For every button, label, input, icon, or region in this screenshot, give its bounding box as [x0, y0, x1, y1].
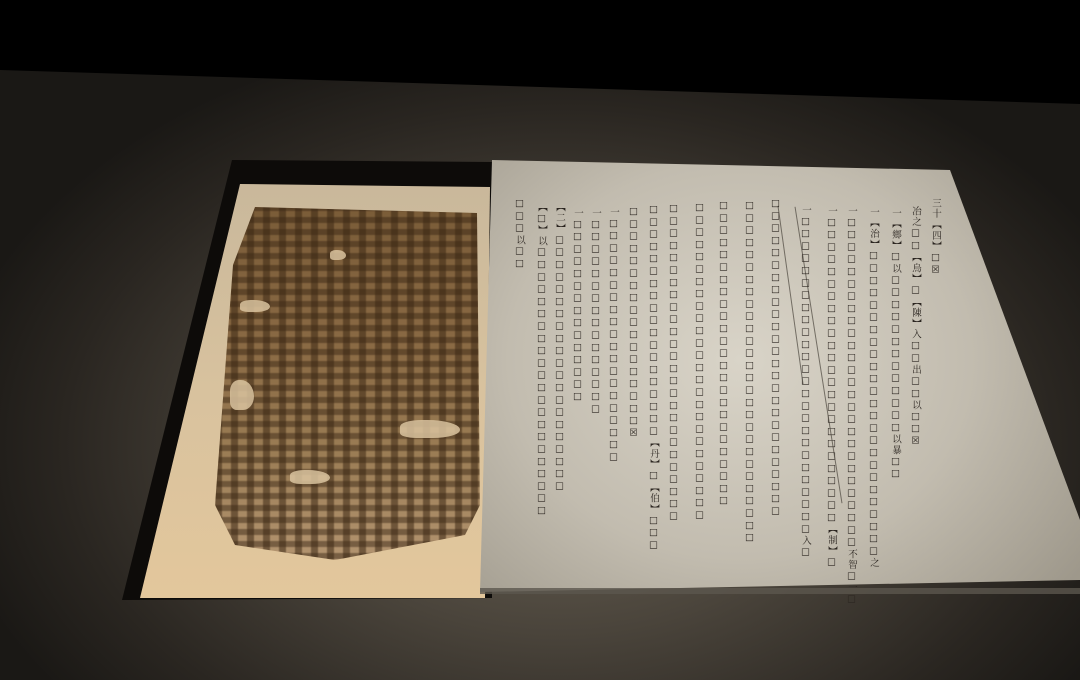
transcription-column: 三十【四】□☒ — [930, 198, 940, 277]
transcription-column: □□□□□□□□□□□□□□□□□□☒ — [628, 206, 638, 440]
silk-damage — [290, 470, 330, 484]
silk-damage — [400, 420, 460, 438]
silk-manuscript: silk manuscript fragment — [215, 205, 480, 560]
transcription-column: □□□□□□□□□□□□□□□□□□□□□□□□□ — [718, 200, 728, 508]
silk-damage — [240, 300, 270, 312]
transcription-column: 【二】□□□□□□□□□□□□□□□□□□□□□ — [554, 202, 564, 493]
transcription-column: □□□□□□□□□□□□□□□□□□□□□□□□□□□□ — [744, 200, 754, 544]
silk-damage — [230, 380, 254, 410]
museum-scene: silk manuscript fragment printed transcr… — [0, 0, 1080, 680]
transcription-column: □□□□□□□□□□□□□□□□□□□□□□□□□□ — [694, 202, 704, 522]
transcription-column: 一□□□□□□□□□□□□□□□□ — [590, 208, 600, 416]
transcription-column: 冶之□□【烏】□【陳】入□□出□□以□□☒ — [910, 206, 920, 448]
transcription-column: □□□以□□ — [514, 198, 524, 270]
transcription-column: □□□□□□□□□□□□□□□□□□□【丹】□【伯】□□□ — [648, 204, 658, 552]
transcription-column: □□□□□□□□□□□□□□□□□□□□□□□□□□ — [668, 203, 678, 523]
transcription-column: 一□□□□□□□□□□□□□□□□□□□□□□□□□□□不智□一□ — [846, 206, 856, 606]
transcription-column: 一【治】□□□□□□□□□□□□□□□□□□□□□□□□□之 — [868, 207, 878, 569]
transcription-column: 【□】以□□□□□□□□□□□□□□□□□□□□□□ — [536, 202, 546, 517]
transcription-column: 一【鄉】□以□□□□□□□□□□□□□以暴□□ — [890, 208, 900, 480]
silk-damage — [330, 250, 346, 260]
transcription-column: 一□□□□□□□□□□□□□□□□□□□□ — [608, 207, 618, 464]
panel-edge-shadow — [480, 588, 1080, 594]
transcription-column: □□□□□□□□□□□□□□□□□□□□□□□□□□ — [770, 198, 780, 518]
transcription-column: 一□□□□□□□□□□□□□□□□□□□□□□□□□【制】□ — [826, 206, 836, 569]
transcription-column: 一□□□□□□□□□□□□□□□ — [572, 208, 582, 403]
